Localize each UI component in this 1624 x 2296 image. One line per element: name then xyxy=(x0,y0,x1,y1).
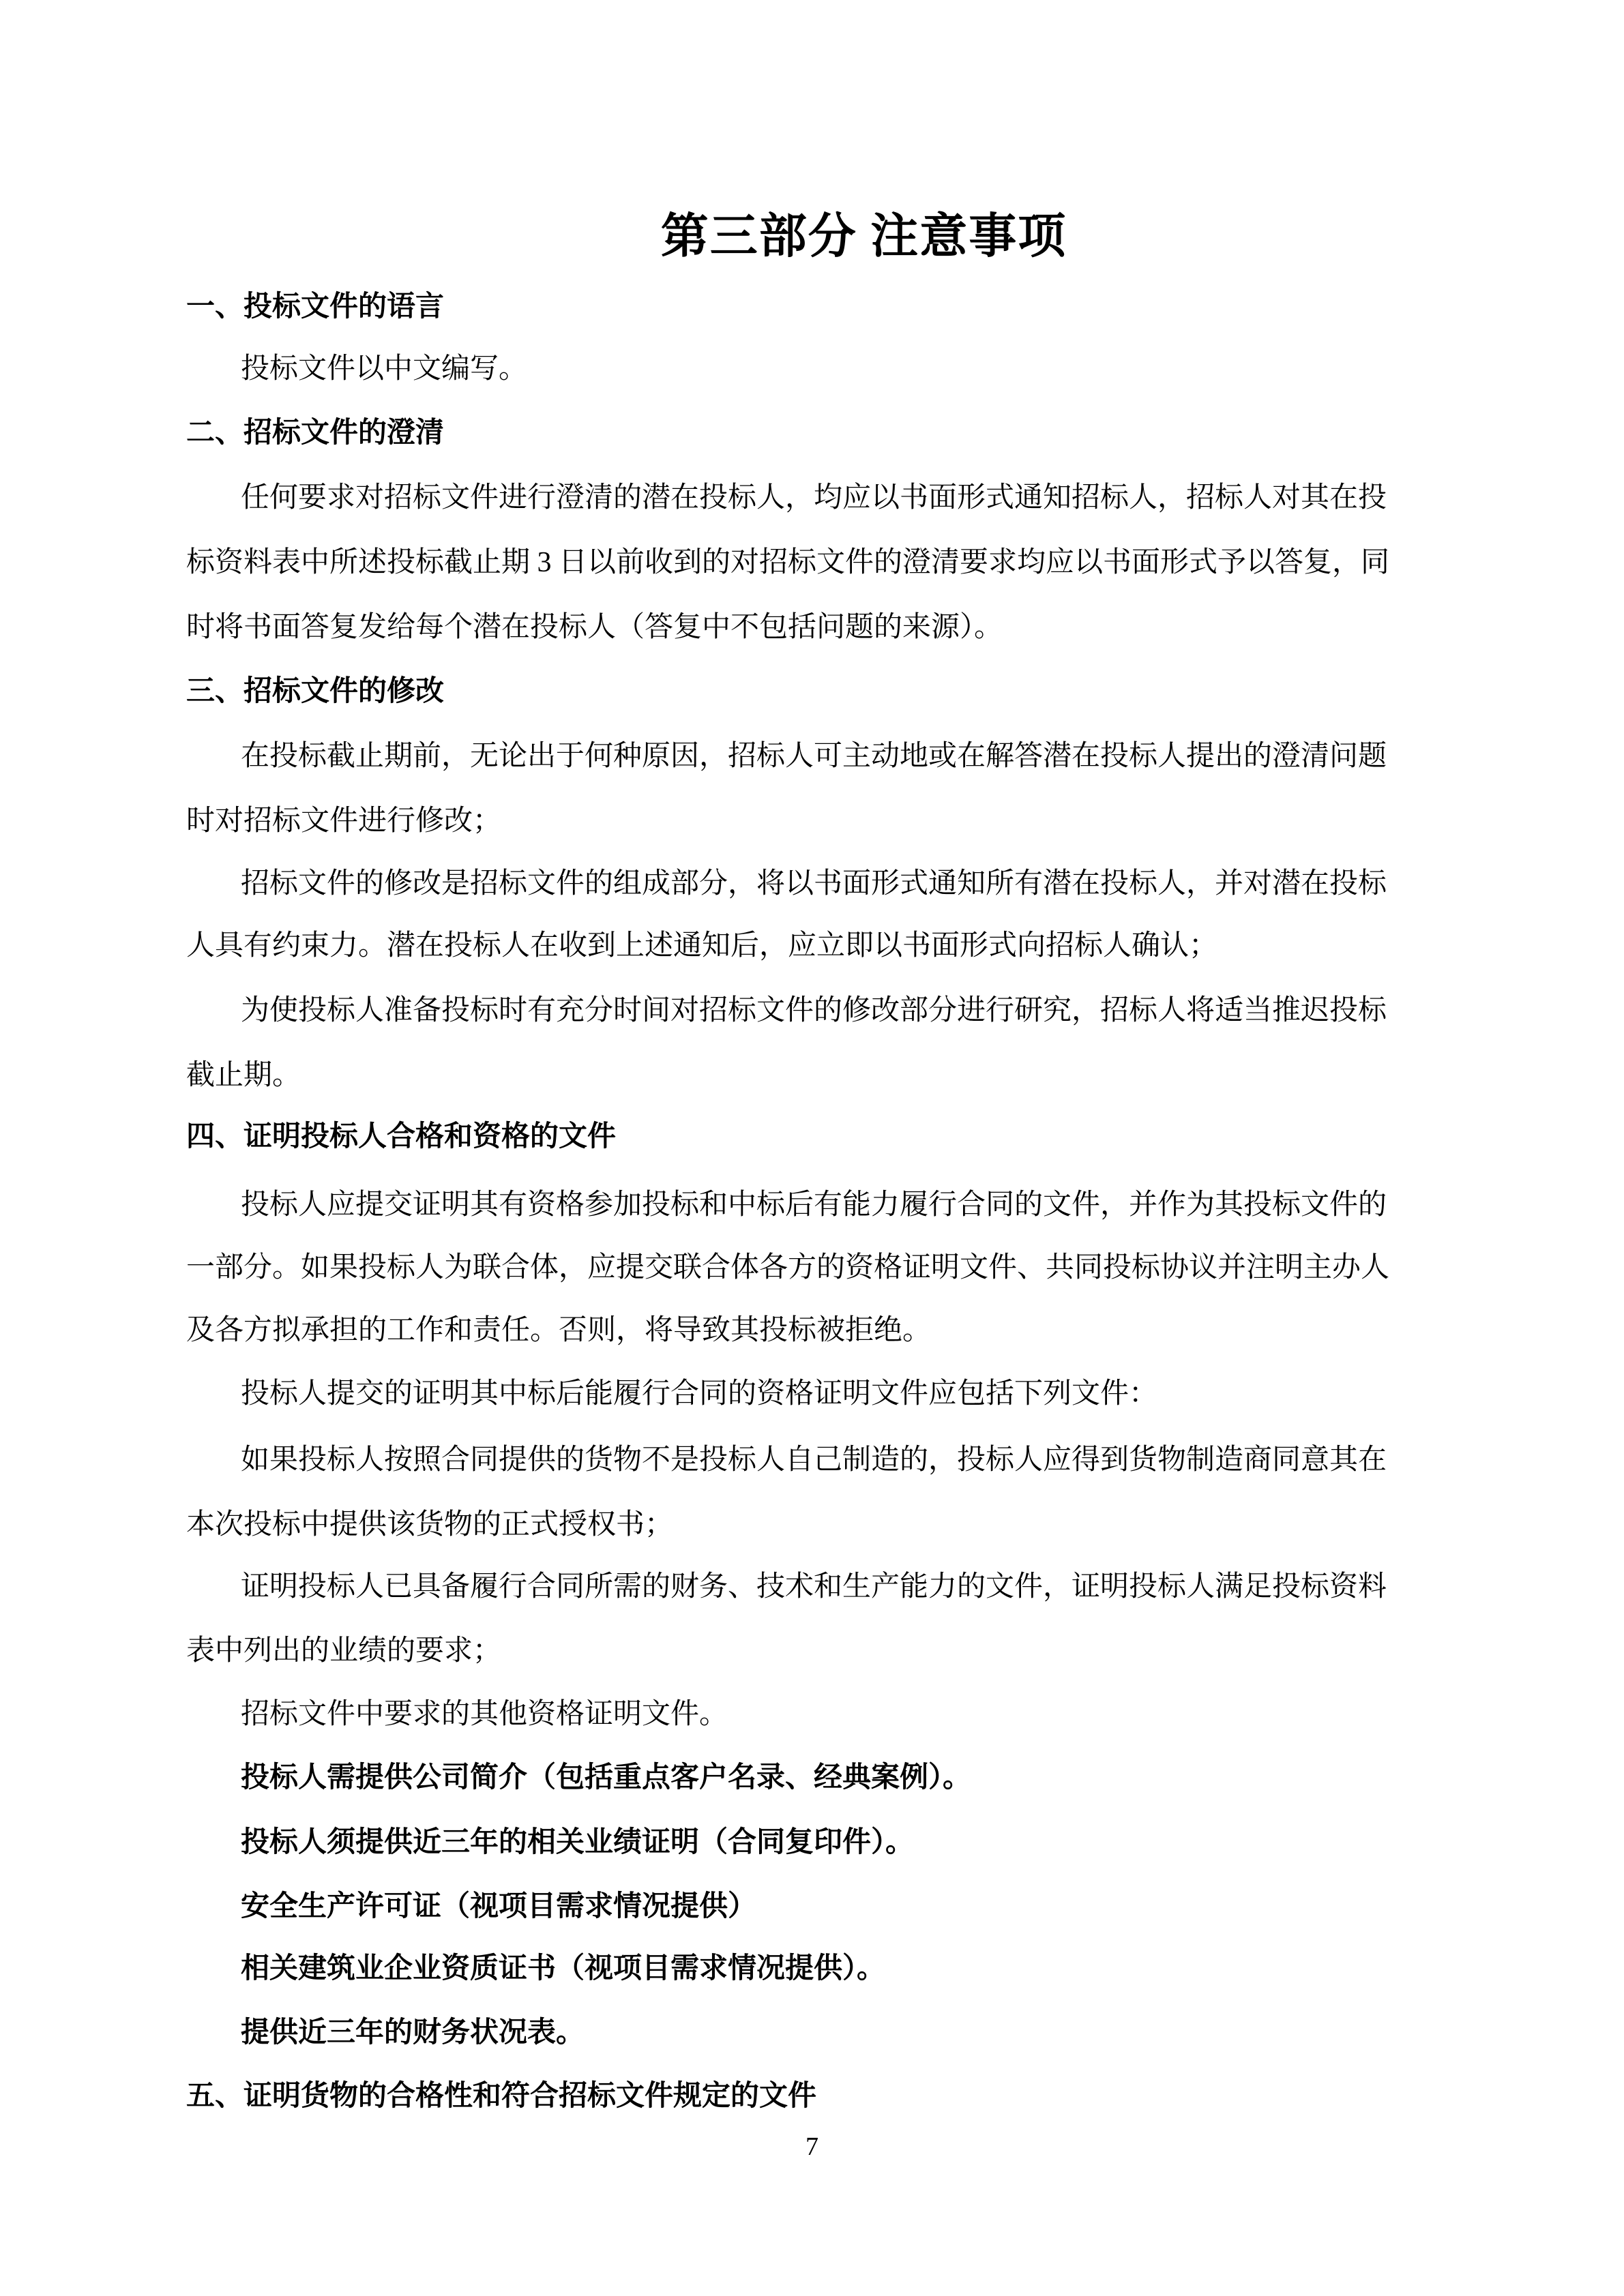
section-heading: 五、证明货物的合格性和符合招标文件规定的文件 xyxy=(186,2079,816,2113)
text-line: 一部分。如果投标人为联合体，应提交联合体各方的资格证明文件、共同投标协议并注明主… xyxy=(186,1251,1389,1285)
document-page: 第三部分 注意事项 一、投标文件的语言 投标文件以中文编写。 二、招标文件的澄清… xyxy=(0,0,1624,2296)
text-line: 截止期。 xyxy=(186,1058,301,1092)
text-line: 为使投标人准备投标时有充分时间对招标文件的修改部分进行研究，招标人将适当推迟投标 xyxy=(241,994,1387,1028)
text-line: 投标文件以中文编写。 xyxy=(241,352,527,386)
page-title: 第三部分 注意事项 xyxy=(0,209,1624,266)
text-line: 表中列出的业绩的要求； xyxy=(186,1634,501,1668)
section-heading: 一、投标文件的语言 xyxy=(186,290,444,324)
text-line: 标资料表中所述投标截止期 3 日以前收到的对招标文件的澄清要求均应以书面形式予以… xyxy=(186,546,1389,580)
section-heading: 三、招标文件的修改 xyxy=(186,674,444,709)
text-line: 时对招标文件进行修改； xyxy=(186,804,501,838)
section-heading: 二、招标文件的澄清 xyxy=(186,416,444,450)
text-line: 及各方拟承担的工作和责任。否则，将导致其投标被拒绝。 xyxy=(186,1313,931,1347)
text-line: 在投标截止期前，无论出于何种原因，招标人可主动地或在解答潜在投标人提出的澄清问题 xyxy=(241,739,1387,773)
text-line-bold: 投标人需提供公司简介（包括重点客户名录、经典案例）。 xyxy=(241,1761,971,1795)
text-line: 证明投标人已具备履行合同所需的财务、技术和生产能力的文件，证明投标人满足投标资料 xyxy=(241,1570,1387,1604)
text-line-bold: 相关建筑业企业资质证书（视项目需求情况提供）。 xyxy=(241,1952,885,1986)
text-line: 投标人应提交证明其有资格参加投标和中标后有能力履行合同的文件，并作为其投标文件的 xyxy=(241,1188,1387,1222)
text-line: 投标人提交的证明其中标后能履行合同的资格证明文件应包括下列文件： xyxy=(241,1377,1157,1411)
text-line-bold: 提供近三年的财务状况表。 xyxy=(241,2016,585,2050)
text-line: 时将书面答复发给每个潜在投标人（答复中不包括问题的来源）。 xyxy=(186,610,1003,644)
section-heading: 四、证明投标人合格和资格的文件 xyxy=(186,1120,616,1154)
text-line: 如果投标人按照合同提供的货物不是投标人自己制造的，投标人应得到货物制造商同意其在 xyxy=(241,1443,1387,1477)
text-line-bold: 投标人须提供近三年的相关业绩证明（合同复印件）。 xyxy=(241,1825,914,1860)
text-line: 招标文件中要求的其他资格证明文件。 xyxy=(241,1697,728,1731)
text-line: 任何要求对招标文件进行澄清的潜在投标人，均应以书面形式通知招标人，招标人对其在投 xyxy=(241,481,1387,515)
text-line-bold: 安全生产许可证（视项目需求情况提供） xyxy=(241,1890,756,1924)
page-number: 7 xyxy=(0,2132,1624,2162)
text-line: 人具有约束力。潜在投标人在收到上述通知后，应立即以书面形式向招标人确认； xyxy=(186,929,1217,963)
text-line: 招标文件的修改是招标文件的组成部分，将以书面形式通知所有潜在投标人，并对潜在投标 xyxy=(241,867,1387,901)
text-line: 本次投标中提供该货物的正式授权书； xyxy=(186,1508,673,1542)
